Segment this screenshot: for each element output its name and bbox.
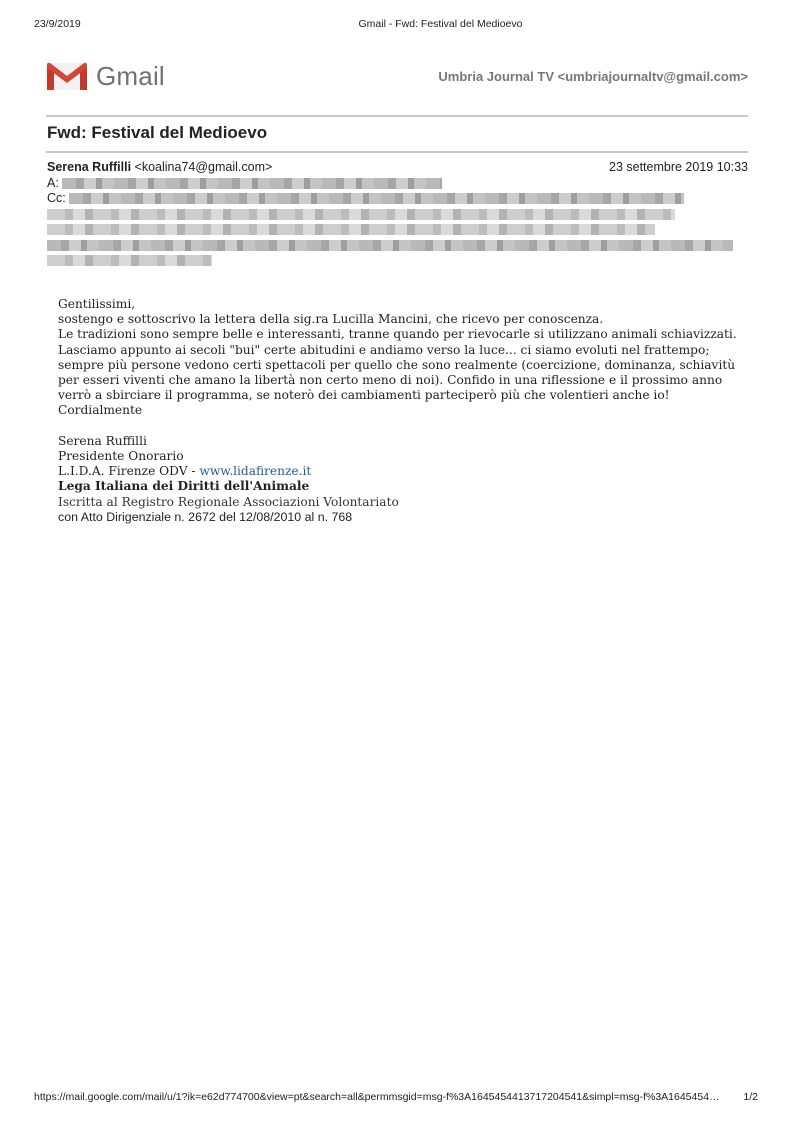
print-header: 23/9/2019 Gmail - Fwd: Festival del Medi… <box>0 18 793 32</box>
cc-line-continued <box>47 207 748 223</box>
website-link[interactable]: www.lidafirenze.it <box>199 464 311 478</box>
message-header: Serena Ruffilli <koalina74@gmail.com> 23… <box>47 160 748 269</box>
cc-line-continued <box>47 238 748 254</box>
print-url: https://mail.google.com/mail/u/1?ik=e62d… <box>34 1091 720 1103</box>
gmail-m-envelope-icon <box>46 60 88 92</box>
redacted-recipients <box>69 193 684 204</box>
sender-line: Serena Ruffilli <koalina74@gmail.com> 23… <box>47 160 748 176</box>
greeting: Gentilissimi, <box>58 297 738 312</box>
divider <box>46 151 748 153</box>
sender-email[interactable]: <koalina74@gmail.com> <box>135 160 273 174</box>
sender-name: Serena Ruffilli <box>47 160 131 174</box>
cc-label: Cc: <box>47 191 66 205</box>
gmail-logo: Gmail <box>46 60 165 92</box>
page-number: 1/2 <box>743 1091 758 1103</box>
redacted-recipients <box>47 209 675 220</box>
signature-act: con Atto Dirigenziale n. 2672 del 12/08/… <box>58 510 738 525</box>
to-line: A: <box>47 176 748 192</box>
signature-org: L.I.D.A. Firenze ODV - <box>58 464 199 478</box>
signature-role: Presidente Onorario <box>58 449 738 464</box>
email-subject: Fwd: Festival del Medioevo <box>47 123 267 143</box>
gmail-header: Gmail Umbria Journal TV <umbriajournaltv… <box>46 58 748 94</box>
redacted-recipients <box>47 255 212 266</box>
message-datetime: 23 settembre 2019 10:33 <box>609 160 748 176</box>
gmail-wordmark: Gmail <box>96 61 165 92</box>
to-label: A: <box>47 176 59 190</box>
body-line: Le tradizioni sono sempre belle e intere… <box>58 327 738 342</box>
signature-registry: Iscritta al Registro Regionale Associazi… <box>58 495 738 510</box>
signature-name: Serena Ruffilli <box>58 434 738 449</box>
redacted-recipients <box>62 178 442 189</box>
redacted-recipients <box>47 224 655 235</box>
account-identity: Umbria Journal TV <umbriajournaltv@gmail… <box>438 69 748 84</box>
signature: Serena Ruffilli Presidente Onorario L.I.… <box>58 434 738 525</box>
cc-line-end <box>47 253 748 269</box>
body-line: Lasciamo appunto ai secoli "bui" certe a… <box>58 343 738 404</box>
cc-line: Cc: <box>47 191 748 207</box>
cc-line-continued <box>47 222 748 238</box>
print-page-title: Gmail - Fwd: Festival del Medioevo <box>0 18 793 30</box>
redacted-recipients <box>47 240 733 251</box>
body-line: sostengo e sottoscrivo la lettera della … <box>58 312 738 327</box>
signature-org-line: L.I.D.A. Firenze ODV - www.lidafirenze.i… <box>58 464 738 479</box>
signature-org-full: Lega Italiana dei Diritti dell'Animale <box>58 479 738 494</box>
message-body: Gentilissimi, sostengo e sottoscrivo la … <box>58 297 738 525</box>
divider <box>46 115 748 117</box>
closing: Cordialmente <box>58 403 738 418</box>
